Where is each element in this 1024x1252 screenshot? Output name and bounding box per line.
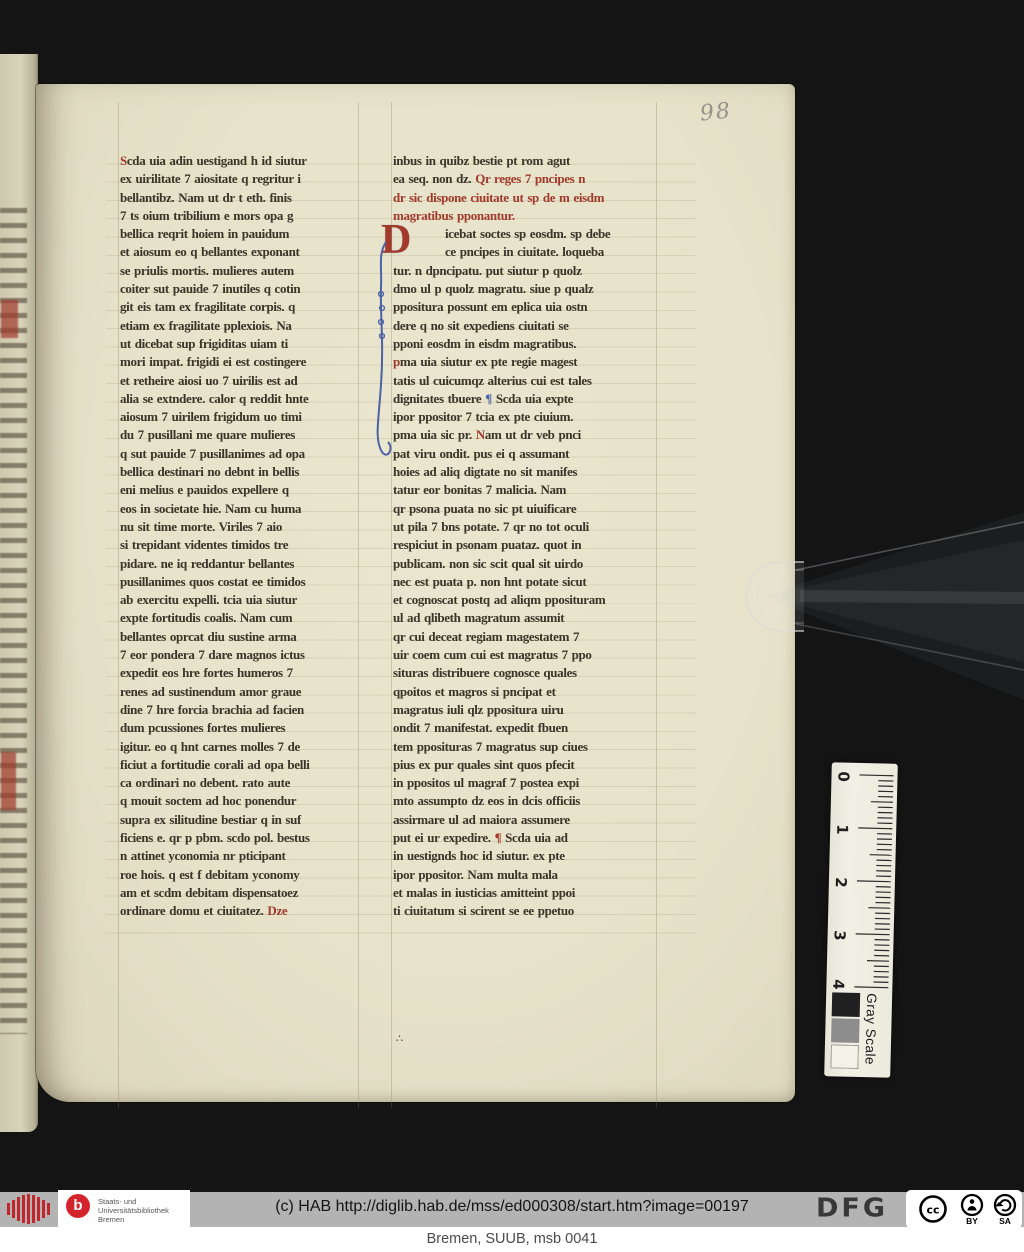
gray-swatch-mid (831, 1018, 860, 1043)
facing-page-edge (0, 54, 38, 1132)
manuscript-line: 7 ts oium tribilium e mors opa g (120, 207, 362, 225)
manuscript-line: bellantibz. Nam ut dr t eth. finis (120, 189, 362, 207)
manuscript-line: ordinare domu et ciuitatez. Dze (120, 902, 362, 920)
manuscript-line: mto assumpto dz eos in dcis officiis (393, 792, 655, 810)
manuscript-line: et retheire aiosi uo 7 uirilis est ad (120, 372, 362, 390)
gray-scale-ruler: 0 1 2 3 4 Gray Scale (824, 762, 898, 1078)
photo-background: 98 Scda uia adin uestigand h id siuturex… (0, 0, 1024, 1252)
manuscript-line: q mouit soctem ad hoc ponendur (120, 792, 362, 810)
ruler-tick-marks (826, 762, 898, 1004)
dfg-logo: DFG (816, 1194, 888, 1223)
manuscript-line: ut dicebat sup frigiditas uiam ti (120, 335, 362, 353)
manuscript-line: ficiut a fortitudie corali ad opa belli (120, 756, 362, 774)
manuscript-line: eni melius e pauidos expellere q (120, 481, 362, 499)
cc-icon: cc (926, 1204, 939, 1217)
manuscript-line: q sut pauide 7 pusillanimes ad opa (120, 445, 362, 463)
manuscript-line: ipor ppositor. Nam multa mala (393, 866, 655, 884)
manuscript-line: hoies ad aliq digtate no sit manifes (393, 463, 655, 481)
manuscript-line: eos in societate hie. Nam cu huma (120, 500, 362, 518)
cc-by-sa-icons: cc BY SA (906, 1190, 1022, 1228)
manuscript-line: et aiosum eo q bellantes exponant (120, 243, 362, 261)
manuscript-line: pma uia sic pr. Nam ut dr veb pnci (393, 426, 655, 444)
manuscript-line: ca ordinari no debent. rato aute (120, 774, 362, 792)
manuscript-line: tem pposituras 7 magratus sup ciues (393, 738, 655, 756)
facing-page-red-rubric-2 (1, 752, 16, 810)
manuscript-line: git eis tam ex fragilitate corpis. q (120, 298, 362, 316)
manuscript-line: nec est puata p. non hnt potate sicut (393, 573, 655, 591)
library-name-line2: Universitätsbibliothek (98, 1206, 169, 1215)
cc-license-box: cc BY SA (906, 1190, 1022, 1228)
manuscript-line: ti ciuitatum si scirent se ee ppetuo (393, 902, 655, 920)
manuscript-line: bellica destinari no debnt in bellis (120, 463, 362, 481)
manuscript-line: si trepidant videntes timidos tre (120, 536, 362, 554)
manuscript-line: expte fortitudis coalis. Nam cum (120, 609, 362, 627)
shelfmark: Bremen, SUUB, msb 0041 (0, 1227, 1024, 1251)
manuscript-line: renes ad sustinendum amor graue (120, 683, 362, 701)
manuscript-line: pat viru ondit. pus ei q assumant (393, 445, 655, 463)
by-label: BY (966, 1216, 978, 1226)
footer-white-strip: Bremen, SUUB, msb 0041 (0, 1227, 1024, 1252)
manuscript-line: nu sit time morte. Viriles 7 aio (120, 518, 362, 536)
manuscript-line: pponi eosdm in eisdm magratibus. (393, 335, 655, 353)
manuscript-page: 98 Scda uia adin uestigand h id siuturex… (36, 84, 795, 1102)
text-column-right: inbus in quibz bestie pt rom agutea seq.… (393, 152, 655, 920)
manuscript-line: ex uirilitate 7 aiositate q regritur i (120, 170, 362, 188)
gray-scale-label: Gray Scale (862, 993, 879, 1077)
manuscript-line: inbus in quibz bestie pt rom agut (393, 152, 655, 170)
manuscript-line: et malas in iusticias amitteint ppoi (393, 884, 655, 902)
manuscript-line: pius ex pur quales sint quos pfecit (393, 756, 655, 774)
manuscript-line: put ei ur expedire. ¶ Scda uia ad (393, 829, 655, 847)
manuscript-line: ondit 7 manifestat. expedit fbuen (393, 719, 655, 737)
manuscript-line: magratibus pponantur. (393, 207, 655, 225)
manuscript-line: n attinet yconomia nr pticipant (120, 847, 362, 865)
manuscript-line: roe hois. q est f debitam yconomy (120, 866, 362, 884)
text-column-left: Scda uia adin uestigand h id siuturex ui… (120, 152, 362, 920)
manuscript-line: pusillanimes quos costat ee timidos (120, 573, 362, 591)
manuscript-line: qpoitos et magros si pncipat et (393, 683, 655, 701)
library-name-line3: Bremen (98, 1215, 169, 1224)
manuscript-line: ce pncipes in ciuitate. loqueba (393, 243, 655, 261)
manuscript-line: mori impat. frigidi ei est costingere (120, 353, 362, 371)
manuscript-line: ea seq. non dz. Qr reges 7 pncipes n (393, 170, 655, 188)
library-name: Staats- und Universitätsbibliothek Breme… (98, 1197, 169, 1224)
library-name-line1: Staats- und (98, 1197, 169, 1206)
manuscript-line: du 7 pusillani me quare mulieres (120, 426, 362, 444)
manuscript-line: ab exercitu expelli. tcia uia siutur (120, 591, 362, 609)
manuscript-line: etiam ex fragilitate pplexiois. Na (120, 317, 362, 335)
manuscript-line: qr cui deceat regiam magestatem 7 (393, 628, 655, 646)
manuscript-line: supra ex silitudine bestiar q in suf (120, 811, 362, 829)
manuscript-line: ul ad qlibeth magratum assumit (393, 609, 655, 627)
manuscript-line: se priulis mortis. mulieres autem (120, 262, 362, 280)
manuscript-line: dine 7 hre forcia brachia ad facien (120, 701, 362, 719)
manuscript-line: 7 eor pondera 7 dare magnos ictus (120, 646, 362, 664)
suub-bars-logo (6, 1193, 56, 1225)
manuscript-line: publicam. non sic scit qual sit uirdo (393, 555, 655, 573)
manuscript-line: ficiens e. qr p pbm. scdo pol. bestus (120, 829, 362, 847)
by-person-icon (968, 1206, 977, 1211)
manuscript-line: bellica reqrit hoiem in pauidum (120, 225, 362, 243)
sa-label: SA (999, 1216, 1011, 1226)
manuscript-line: qr psona puata no sic pt uiuificare (393, 500, 655, 518)
library-b-icon: b (66, 1194, 90, 1218)
gray-swatch-white (830, 1044, 859, 1069)
folio-number: 98 (699, 98, 733, 126)
manuscript-line: situras distribuere cognosce quales (393, 664, 655, 682)
manuscript-line: tatur eor bonitas 7 malicia. Nam (393, 481, 655, 499)
facing-page-red-rubric-1 (1, 300, 18, 338)
manuscript-line: expedit eos hre fortes humeros 7 (120, 664, 362, 682)
manuscript-line: ppositura possunt em eplica uia ostn (393, 298, 655, 316)
manuscript-line: dere q no sit expediens ciuitati se (393, 317, 655, 335)
initial-penwork-flourish (368, 234, 398, 464)
manuscript-line: icebat soctes sp eosdm. sp debe (393, 225, 655, 243)
manuscript-line: pma uia siutur ex pte regie magest (393, 353, 655, 371)
manuscript-line: bellantes oprcat diu sustine arma (120, 628, 362, 646)
manuscript-line: magratus iuli qlz ppositura uiru (393, 701, 655, 719)
manuscript-line: alia se extndere. calor q reddit hnte (120, 390, 362, 408)
manuscript-line: tur. n dpncipatu. put siutur p quolz (393, 262, 655, 280)
manuscript-line: am et scdm debitam dispensatoez (120, 884, 362, 902)
manuscript-line: dignitates tbuere ¶ Scda uia expte (393, 390, 655, 408)
manuscript-line: ipor ppositor 7 tcia ex pte ciuium. (393, 408, 655, 426)
ruling-vline-1 (118, 102, 119, 1108)
manuscript-line: pidare. ne iq reddantur bellantes (120, 555, 362, 573)
manuscript-line: ut pila 7 bns potate. 7 qr no tot oculi (393, 518, 655, 536)
gray-swatch-black (832, 992, 861, 1017)
manuscript-line: in uestignds hoc id siutur. ex pte (393, 847, 655, 865)
ruling-vline-4 (656, 102, 657, 1108)
manuscript-line: dum pcussiones fortes mulieres (120, 719, 362, 737)
manuscript-line: et cognoscat postq ad aliqm pposituram (393, 591, 655, 609)
catchword-mark: ∴ (396, 1032, 403, 1045)
manuscript-line: aiosum 7 uirilem frigidum uo timi (120, 408, 362, 426)
library-logo-box: b Staats- und Universitätsbibliothek Bre… (58, 1190, 190, 1230)
manuscript-line: dr sic dispone ciuitate ut sp de m eisdm (393, 189, 655, 207)
manuscript-line: in ppositos ul magraf 7 postea expi (393, 774, 655, 792)
manuscript-line: igitur. eo q hnt carnes molles 7 de (120, 738, 362, 756)
manuscript-line: uir coem cum cui est magratus 7 ppo (393, 646, 655, 664)
manuscript-line: Scda uia adin uestigand h id siutur (120, 152, 362, 170)
manuscript-line: tatis ul cuicumqz alterius cui est tales (393, 372, 655, 390)
manuscript-line: assirmare ul ad maiora assumere (393, 811, 655, 829)
manuscript-line: dmo ul p quolz magratu. siue p qualz (393, 280, 655, 298)
manuscript-line: coiter sut pauide 7 inutiles q cotin (120, 280, 362, 298)
manuscript-line: respiciut in psonam puataz. quot in (393, 536, 655, 554)
